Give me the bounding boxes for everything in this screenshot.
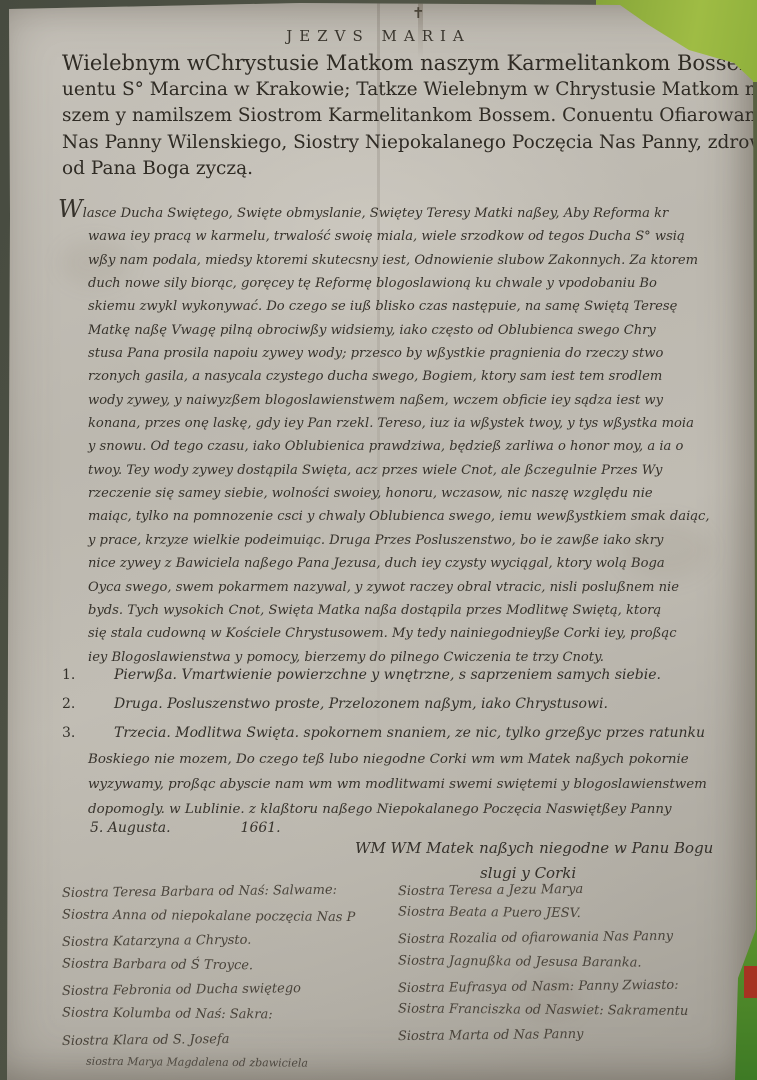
body-line: rzonych gasila, a nasycala czystego duch… (88, 365, 750, 388)
list-item: 3.Trzecia. Modlitwa Swięta. spokornem sn… (62, 719, 752, 748)
signature: siostra Marya Magdalena od zbawiciela (62, 1055, 392, 1080)
body-line: konana, przes onę laskę, gdy iey Pan rze… (88, 412, 750, 435)
date-year: 1661. (241, 820, 281, 836)
address-line: uentu S° Marcina w Krakowie; Tatkze Wiel… (62, 77, 754, 104)
body-line: skiemu zwykl wykonywać. Do czego se iuß … (88, 295, 750, 318)
invocation-jesus-maria: JEZVS MARIA (0, 27, 757, 45)
body-line: wawa iey pracą w karmelu, trwalość swoię… (88, 225, 750, 248)
postscript-line: dopomogly. w Lublinie. z klaßtoru naßego… (88, 797, 750, 822)
photo-background: ✝ JEZVS MARIA Wielebnym wChrystusie Matk… (0, 0, 757, 1080)
signature: Siostra Rozalia od ofiarowania Nas Panny (398, 928, 753, 957)
signature: Siostra Teresa Barbara od Naś: Salwame: (62, 882, 392, 911)
postscript-line: wyzywamy, proßąc abyscie nam wm wm modli… (88, 772, 750, 797)
postscript-line: Boskiego nie mozem, Do czego teß lubo ni… (88, 747, 750, 772)
list-item-number: 1. (62, 661, 114, 690)
signature: Siostra Febronia od Ducha swiętego (62, 980, 392, 1009)
list-item: 2.Druga. Posluszenstwo proste, Przelozon… (62, 690, 752, 719)
list-item-number: 3. (62, 719, 114, 748)
body-line: byds. Tych wysokich Cnot, Swięta Matka n… (88, 599, 750, 622)
address-block: Wielebnym wChrystusie Matkom naszym Karm… (62, 50, 754, 183)
signature: Siostra Klara od S. Josefa (62, 1030, 392, 1059)
signature: Siostra Katarzyna a Chrysto. (62, 931, 392, 960)
signature-column-left: Siostra Teresa Barbara od Naś: Salwame: … (62, 884, 392, 1080)
closing-line: WM WM Matek naßych niegodne w Panu Bogu (355, 839, 750, 857)
body-line: Oyca swego, swem pokarmem nazywal, y zyw… (88, 576, 750, 599)
signature: Siostra Jagnußka od Jesusa Baranka. (398, 953, 753, 980)
signature: Siostra Anna od niepokalane poczęcia Nas… (62, 907, 392, 934)
signature-column-right: Siostra Teresa a Jezu Marya Siostra Beat… (398, 882, 753, 1051)
cross-icon: ✝ (412, 4, 425, 22)
address-line: Wielebnym wChrystusie Matkom naszym Karm… (62, 50, 754, 77)
body-line: y snowu. Od tego czasu, iako Oblubienica… (88, 435, 750, 458)
body-line: y prace, krzyze wielkie podeimuiąc. Drug… (88, 529, 750, 552)
body-line: stusa Pana prosila napoiu zywey wody; pr… (88, 342, 750, 365)
signature: Siostra Kolumba od Naś: Sakra: (62, 1006, 392, 1033)
three-virtues-list: 1.Pierwßa. Vmartwienie powierzchne y wnę… (62, 661, 752, 748)
background-red-patch (744, 966, 757, 998)
date-line: 5. Augusta.1661. (90, 820, 281, 836)
address-line: Nas Panny Wilenskiego, Siostry Niepokala… (62, 130, 754, 157)
body-line: nice zywey z Bawiciela naßego Pana Jezus… (88, 552, 750, 575)
body-line: wody zywey, y naiwyzßem blogoslawienstwe… (88, 389, 750, 412)
body-line: wßy nam podala, miedsy ktoremi skutecsny… (88, 249, 750, 272)
list-item-text: Trzecia. Modlitwa Swięta. spokornem snan… (114, 725, 705, 741)
signature: Siostra Marta od Nas Panny (398, 1025, 753, 1054)
address-line: szem y namilszem Siostrom Karmelitankom … (62, 103, 754, 130)
list-item: 1.Pierwßa. Vmartwienie powierzchne y wnę… (62, 661, 752, 690)
manuscript-page: ✝ JEZVS MARIA Wielebnym wChrystusie Matk… (0, 0, 757, 1080)
postscript-block: Boskiego nie mozem, Do czego teß lubo ni… (88, 747, 750, 822)
body-line: maiąc, tylko na pomnozenie csci y chwaly… (88, 505, 750, 528)
list-item-text: Pierwßa. Vmartwienie powierzchne y wnętr… (114, 667, 661, 683)
list-item-number: 2. (62, 690, 114, 719)
body-line: się stala cudowną w Kościele Chrystusowe… (88, 622, 750, 645)
signature: Siostra Eufrasya od Nasm: Panny Zwiasto: (398, 977, 753, 1006)
closing-line: slugi y Corki (480, 864, 576, 882)
date-day-month: 5. Augusta. (90, 820, 171, 836)
body-line: rzeczenie się samey siebie, wolności swo… (88, 482, 750, 505)
list-item-text: Druga. Posluszenstwo proste, Przelozonem… (114, 696, 608, 712)
body-line: Wlasce Ducha Swiętego, Swięte obmyslanie… (58, 198, 750, 225)
letter-body: Wlasce Ducha Swiętego, Swięte obmyslanie… (88, 198, 750, 669)
address-line: od Pana Boga zyczą. (62, 156, 754, 183)
body-line: Matkę naßę Vwagę pilną obrociwßy widsiem… (88, 319, 750, 342)
body-line: duch nowe sily biorąc, goręcey tę Reform… (88, 272, 750, 295)
body-line: twoy. Tey wody zywey dostąpila Swięta, a… (88, 459, 750, 482)
